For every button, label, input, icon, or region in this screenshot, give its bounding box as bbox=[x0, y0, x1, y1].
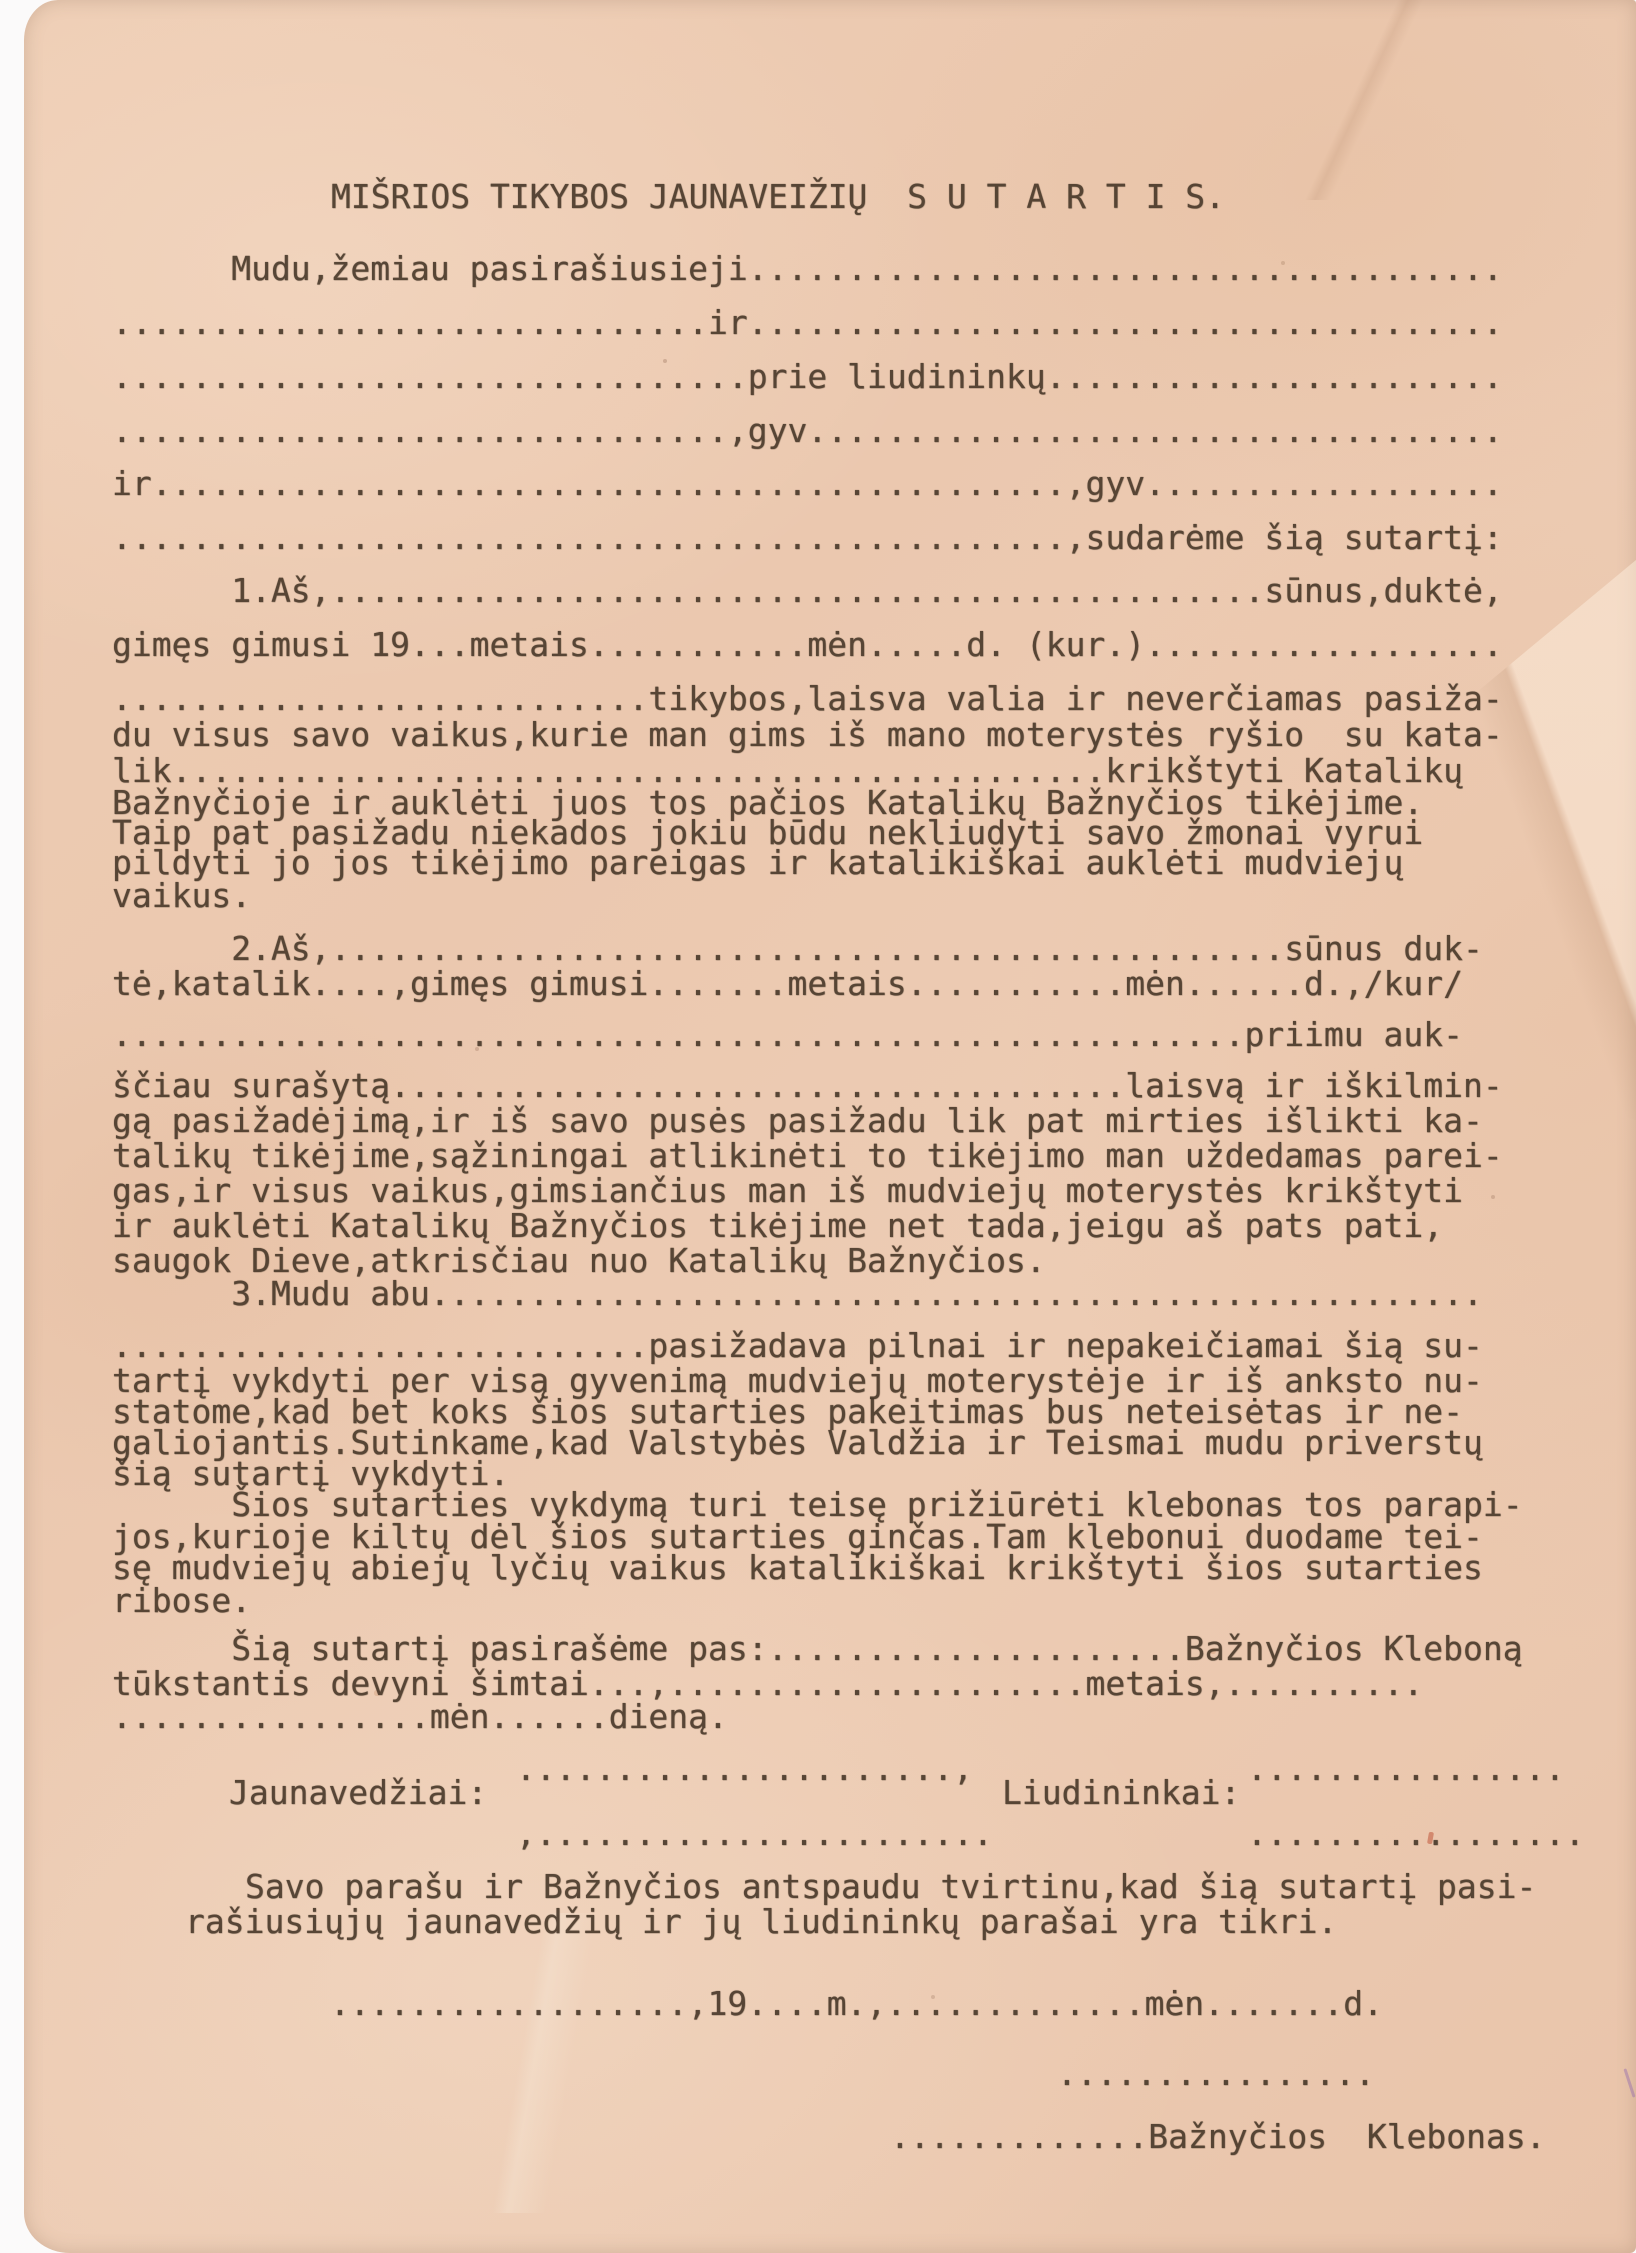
document-line: Mudu,žemiau pasirašiusieji..............… bbox=[112, 251, 1503, 287]
certification-line-2: rašiusiųjų jaunavedžių ir jų liudininkų … bbox=[185, 1904, 1337, 1940]
document-line: sę mudviejų abiejų lyčių vaikus kataliki… bbox=[112, 1550, 1483, 1586]
document-line: ir auklėti Katalikų Bažnyčios tikėjime n… bbox=[112, 1208, 1443, 1244]
document-line: ščiau surašytą..........................… bbox=[112, 1068, 1503, 1104]
paper-crease-bottom bbox=[184, 1913, 884, 2213]
signature-dots-witnesses-bottom: ................. bbox=[1247, 1816, 1585, 1852]
document-line: Šią sutartį pasirašėme pas:.............… bbox=[112, 1631, 1523, 1667]
document-line: ................................prie liu… bbox=[112, 359, 1503, 395]
label-witnesses: Liudininkai: bbox=[1002, 1775, 1240, 1811]
document-line: ribose. bbox=[112, 1583, 251, 1619]
signature-dots-witnesses-top: ................ bbox=[1247, 1751, 1565, 1787]
document-title: MIŠRIOS TIKYBOS JAUNAVEIŽIŲ S U T A R T … bbox=[331, 179, 1225, 215]
certification-line-1: Savo parašu ir Bažnyčios antspaudu tvirt… bbox=[245, 1869, 1536, 1905]
document-line: vaikus. bbox=[112, 878, 251, 914]
document-line: 3.Mudu abu..............................… bbox=[112, 1276, 1483, 1312]
document-line: ..............................ir........… bbox=[112, 305, 1503, 341]
priest-signature-dots: ................ bbox=[1057, 2056, 1375, 2092]
document-line: gą pasižadėjimą,ir iš savo pusės pasižad… bbox=[112, 1103, 1483, 1139]
document-line: tė,katalik....,gimęs gimusi.......metais… bbox=[112, 966, 1463, 1002]
document-line: ........................................… bbox=[112, 520, 1503, 556]
priest-signature-line: .............Bažnyčios Klebonas. bbox=[890, 2119, 1546, 2155]
document-line: talikų tikėjime,sąžiningai atlikinėti to… bbox=[112, 1138, 1503, 1174]
document-line: ir......................................… bbox=[112, 466, 1503, 502]
scanned-document-page: MIŠRIOS TIKYBOS JAUNAVEIŽIŲ S U T A R T … bbox=[0, 0, 1636, 2253]
document-line: gas,ir visus vaikus,gimsiančius man iš m… bbox=[112, 1173, 1463, 1209]
signature-dots-newlyweds-bottom: ,....................... bbox=[516, 1816, 993, 1852]
signature-dots-newlyweds-top: ......................, bbox=[516, 1751, 973, 1787]
document-line: ...........................pasižadava pi… bbox=[112, 1328, 1483, 1364]
document-line: 2.Aš,...................................… bbox=[112, 931, 1483, 967]
document-line: du visus savo vaikus,kurie man gims iš m… bbox=[112, 717, 1503, 753]
date-line: ..................,19....m.,............… bbox=[330, 1986, 1383, 2022]
document-line: gimęs gimusi 19...metais...........mėn..… bbox=[112, 627, 1503, 663]
document-line: ........................................… bbox=[112, 1017, 1463, 1053]
paper-specks bbox=[24, 0, 26, 2]
label-newlyweds: Jaunavedžiai: bbox=[229, 1775, 487, 1811]
pen-mark-bottom-right bbox=[1623, 2068, 1635, 2097]
document-line: ................mėn......dieną. bbox=[112, 1699, 728, 1735]
document-line: ...........................tikybos,laisv… bbox=[112, 681, 1503, 717]
document-line: pildyti jo jos tikėjimo pareigas ir kata… bbox=[112, 845, 1403, 881]
paper-crease-top-right bbox=[1156, 0, 1576, 200]
document-line: ...............................,gyv.....… bbox=[112, 413, 1503, 449]
document-line: 1.Aš,...................................… bbox=[112, 573, 1503, 609]
